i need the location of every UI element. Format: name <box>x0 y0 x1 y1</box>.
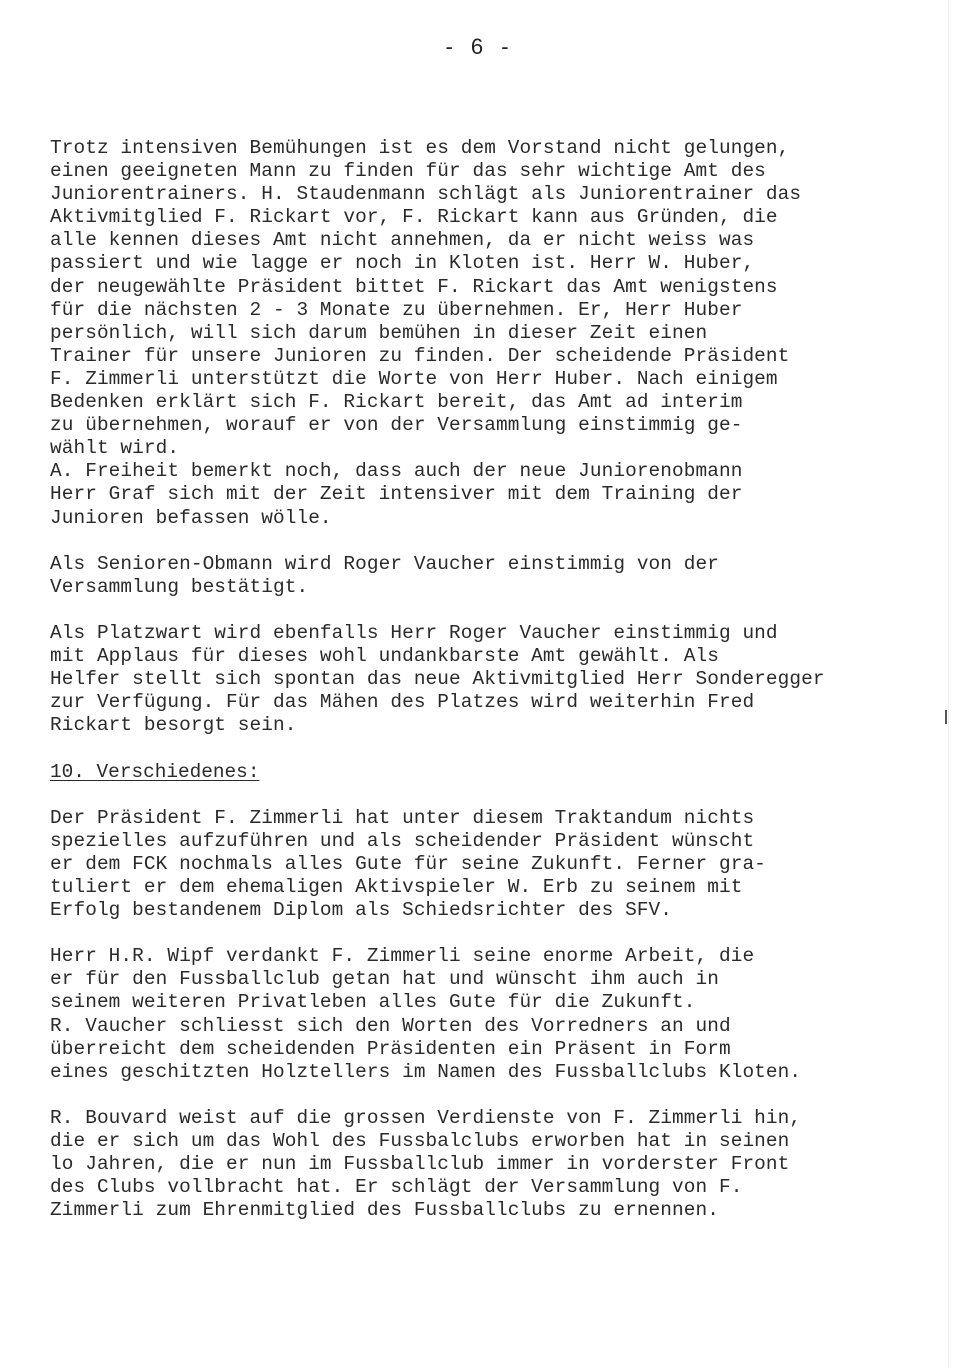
text-line: Aktivmitglied F. Rickart vor, F. Rickart… <box>50 206 930 229</box>
text-line: des Clubs vollbracht hat. Er schlägt der… <box>50 1176 930 1199</box>
text-line: persönlich, will sich darum bemühen in d… <box>50 322 930 345</box>
paragraphs-section: Der Präsident F. Zimmerli hat unter dies… <box>50 807 930 1223</box>
scan-edge-mark <box>945 710 947 724</box>
text-line: Bedenken erklärt sich F. Rickart bereit,… <box>50 391 930 414</box>
text-line: Juniorentrainers. H. Staudenmann schlägt… <box>50 183 930 206</box>
text-line: Versammlung bestätigt. <box>50 576 930 599</box>
text-line: Zimmerli zum Ehrenmitglied des Fussballc… <box>50 1199 930 1222</box>
paragraphs-top: Trotz intensiven Bemühungen ist es dem V… <box>50 137 930 737</box>
text-line: passiert und wie lagge er noch in Kloten… <box>50 252 930 275</box>
paragraph-spacer <box>50 1084 930 1107</box>
text-line: seinem weiteren Privatleben alles Gute f… <box>50 991 930 1014</box>
paragraph-spacer <box>50 599 930 622</box>
text-line: spezielles aufzuführen und als scheidend… <box>50 830 930 853</box>
text-line: mit Applaus für dieses wohl undankbarste… <box>50 645 930 668</box>
text-line: F. Zimmerli unterstützt die Worte von He… <box>50 368 930 391</box>
text-line: Erfolg bestandenem Diplom als Schiedsric… <box>50 899 930 922</box>
text-line: die er sich um das Wohl des Fussbalclubs… <box>50 1130 930 1153</box>
paragraph: Als Platzwart wird ebenfalls Herr Roger … <box>50 622 930 737</box>
text-line: Rickart besorgt sein. <box>50 714 930 737</box>
paragraph: Der Präsident F. Zimmerli hat unter dies… <box>50 807 930 922</box>
text-line: Helfer stellt sich spontan das neue Akti… <box>50 668 930 691</box>
text-line: er für den Fussballclub getan hat und wü… <box>50 968 930 991</box>
text-line: A. Freiheit bemerkt noch, dass auch der … <box>50 460 930 483</box>
text-line: Der Präsident F. Zimmerli hat unter dies… <box>50 807 930 830</box>
text-line: Junioren befassen wölle. <box>50 507 930 530</box>
scan-edge-line <box>948 0 949 1368</box>
text-line: eines geschitzten Holztellers im Namen d… <box>50 1061 930 1084</box>
section-heading: 10. Verschiedenes: <box>50 761 259 784</box>
paragraph-spacer <box>50 922 930 945</box>
text-line: R. Vaucher schliesst sich den Worten des… <box>50 1015 930 1038</box>
paragraph: Trotz intensiven Bemühungen ist es dem V… <box>50 137 930 530</box>
page-number: - 6 - <box>0 34 960 60</box>
text-line: für die nächsten 2 - 3 Monate zu überneh… <box>50 299 930 322</box>
text-line: Herr H.R. Wipf verdankt F. Zimmerli sein… <box>50 945 930 968</box>
text-line: Als Senioren-Obmann wird Roger Vaucher e… <box>50 553 930 576</box>
text-line: der neugewählte Präsident bittet F. Rick… <box>50 276 930 299</box>
text-line: R. Bouvard weist auf die grossen Verdien… <box>50 1107 930 1130</box>
paragraph: R. Bouvard weist auf die grossen Verdien… <box>50 1107 930 1222</box>
text-line: Herr Graf sich mit der Zeit intensiver m… <box>50 483 930 506</box>
text-line: zur Verfügung. Für das Mähen des Platzes… <box>50 691 930 714</box>
paragraph: Herr H.R. Wipf verdankt F. Zimmerli sein… <box>50 945 930 1084</box>
section-heading-row: 10. Verschiedenes: <box>50 761 930 784</box>
text-line: Als Platzwart wird ebenfalls Herr Roger … <box>50 622 930 645</box>
spacer <box>50 784 930 807</box>
text-line: alle kennen dieses Amt nicht annehmen, d… <box>50 229 930 252</box>
paragraph-spacer <box>50 530 930 553</box>
text-line: lo Jahren, die er nun im Fussballclub im… <box>50 1153 930 1176</box>
spacer <box>50 737 930 760</box>
text-line: zu übernehmen, worauf er von der Versamm… <box>50 414 930 437</box>
document-body: Trotz intensiven Bemühungen ist es dem V… <box>50 137 930 1222</box>
text-line: überreicht dem scheidenden Präsidenten e… <box>50 1038 930 1061</box>
text-line: er dem FCK nochmals alles Gute für seine… <box>50 853 930 876</box>
text-line: Trotz intensiven Bemühungen ist es dem V… <box>50 137 930 160</box>
paragraph: Als Senioren-Obmann wird Roger Vaucher e… <box>50 553 930 599</box>
text-line: wählt wird. <box>50 437 930 460</box>
text-line: tuliert er dem ehemaligen Aktivspieler W… <box>50 876 930 899</box>
text-line: Trainer für unsere Junioren zu finden. D… <box>50 345 930 368</box>
text-line: einen geeigneten Mann zu finden für das … <box>50 160 930 183</box>
